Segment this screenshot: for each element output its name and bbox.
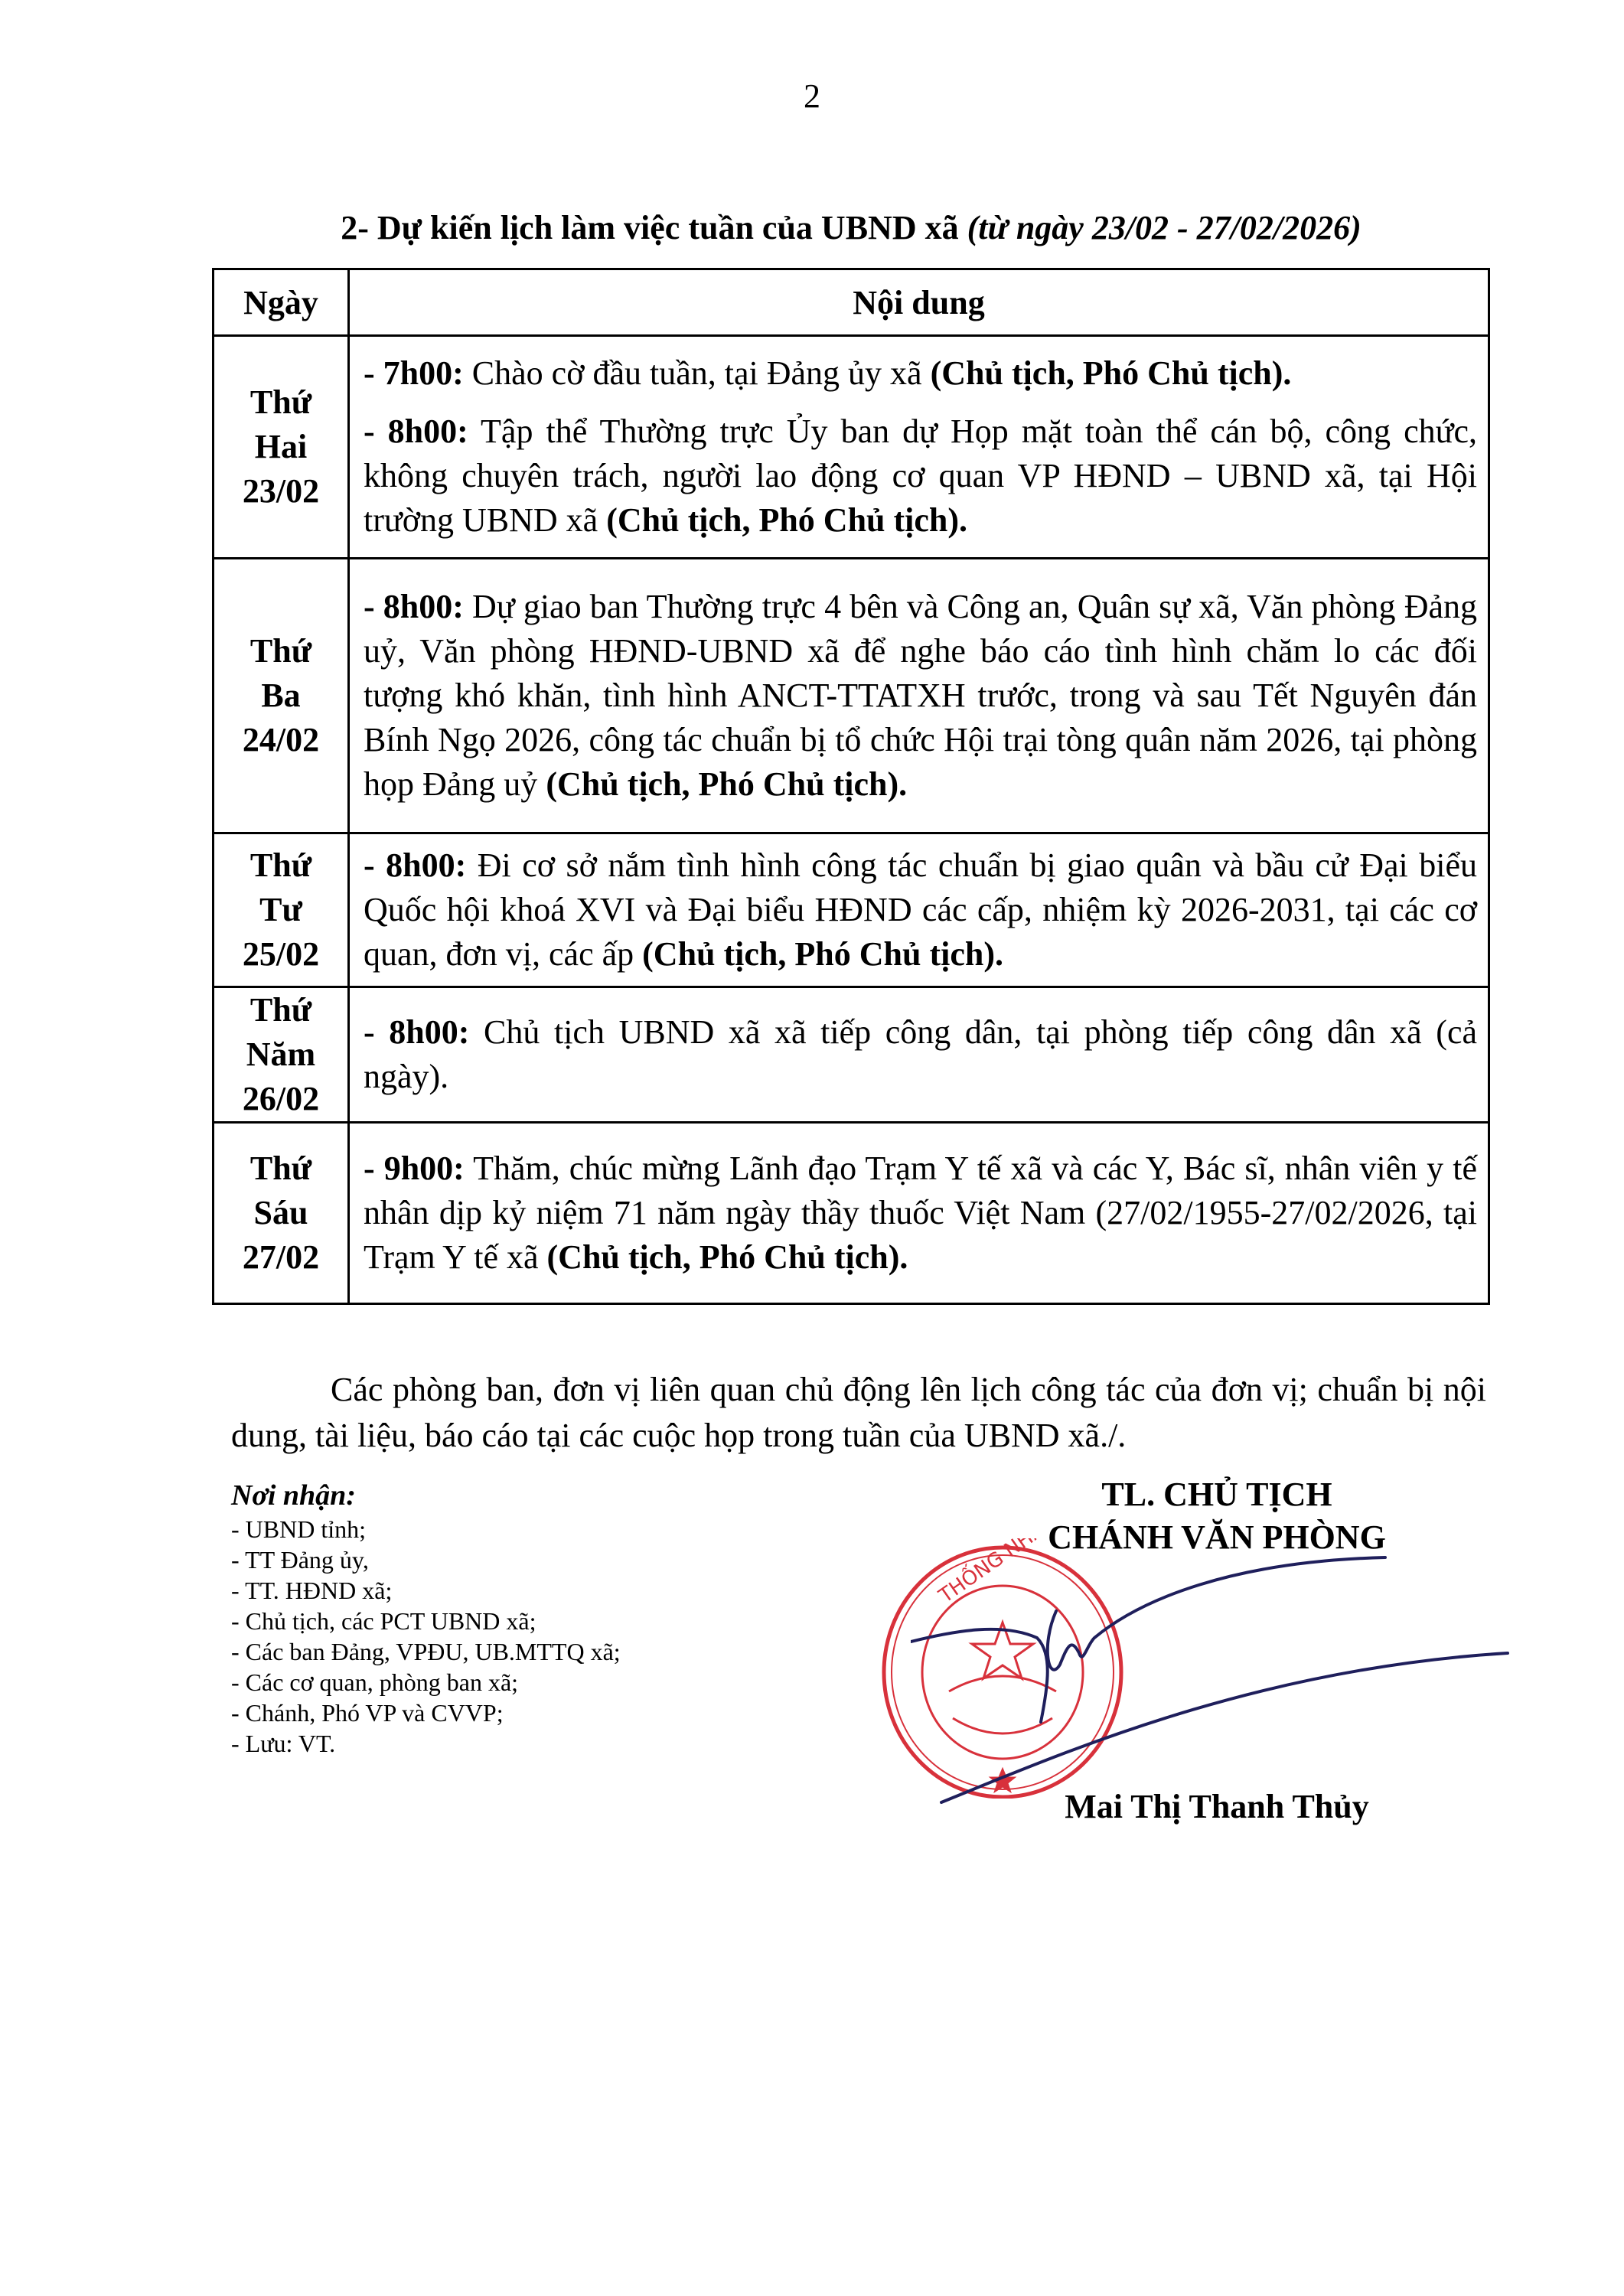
list-item: - UBND tỉnh; — [231, 1514, 813, 1544]
content-cell: - 9h00: Thăm, chúc mừng Lãnh đạo Trạm Y … — [349, 1123, 1489, 1304]
signature-title-2: CHÁNH VĂN PHÒNG — [880, 1516, 1554, 1559]
list-item: - TT Đảng ủy, — [231, 1544, 813, 1575]
header-date: Ngày — [214, 269, 349, 336]
day-cell: ThứNăm26/02 — [214, 987, 349, 1123]
schedule-entry: - 8h00: Tập thể Thường trực Ủy ban dự Họ… — [364, 409, 1477, 543]
closing-paragraph: Các phòng ban, đơn vị liên quan chủ động… — [231, 1367, 1486, 1459]
table-row: ThứBa24/02 - 8h00: Dự giao ban Thường tr… — [214, 559, 1489, 833]
table-row: ThứSáu27/02 - 9h00: Thăm, chúc mừng Lãnh… — [214, 1123, 1489, 1304]
content-cell: - 8h00: Chủ tịch UBND xã xã tiếp công dâ… — [349, 987, 1489, 1123]
day-cell: ThứSáu27/02 — [214, 1123, 349, 1304]
list-item: - Các cơ quan, phòng ban xã; — [231, 1667, 813, 1698]
schedule-table: Ngày Nội dung ThứHai23/02 - 7h00: Chào c… — [212, 268, 1490, 1305]
table-row: ThứTư25/02 - 8h00: Đi cơ sở nắm tình hìn… — [214, 833, 1489, 987]
content-cell: - 8h00: Đi cơ sở nắm tình hình công tác … — [349, 833, 1489, 987]
signature-block: TL. CHỦ TỊCH CHÁNH VĂN PHÒNG Mai Thị Tha… — [880, 1473, 1554, 1559]
table-header-row: Ngày Nội dung — [214, 269, 1489, 336]
header-content: Nội dung — [349, 269, 1489, 336]
schedule-entry: - 9h00: Thăm, chúc mừng Lãnh đạo Trạm Y … — [364, 1146, 1477, 1280]
table-row: ThứNăm26/02 - 8h00: Chủ tịch UBND xã xã … — [214, 987, 1489, 1123]
recipients-header: Nơi nhận: — [231, 1477, 813, 1514]
schedule-entry: - 8h00: Đi cơ sở nắm tình hình công tác … — [364, 843, 1477, 977]
page-number: 2 — [0, 77, 1624, 116]
content-cell: - 7h00: Chào cờ đầu tuần, tại Đảng ủy xã… — [349, 336, 1489, 559]
list-item: - Chánh, Phó VP và CVVP; — [231, 1698, 813, 1728]
list-item: - Lưu: VT. — [231, 1728, 813, 1759]
list-item: - Chủ tịch, các PCT UBND xã; — [231, 1606, 813, 1636]
list-item: - TT. HĐND xã; — [231, 1575, 813, 1606]
schedule-entry: - 8h00: Chủ tịch UBND xã xã tiếp công dâ… — [364, 1010, 1477, 1099]
section-title-range: (từ ngày 23/02 - 27/02/2026) — [967, 209, 1361, 246]
recipients-list: - UBND tỉnh; - TT Đảng ủy, - TT. HĐND xã… — [231, 1514, 813, 1759]
table-row: ThứHai23/02 - 7h00: Chào cờ đầu tuần, tạ… — [214, 336, 1489, 559]
section-title-main: 2- Dự kiến lịch làm việc tuần của UBND x… — [341, 209, 967, 246]
schedule-entry: - 7h00: Chào cờ đầu tuần, tại Đảng ủy xã… — [364, 351, 1477, 396]
day-cell: ThứTư25/02 — [214, 833, 349, 987]
content-cell: - 8h00: Dự giao ban Thường trực 4 bên và… — [349, 559, 1489, 833]
schedule-entry: - 8h00: Dự giao ban Thường trực 4 bên và… — [364, 585, 1477, 807]
signatory-name: Mai Thị Thanh Thủy — [880, 1787, 1554, 1826]
signature-icon — [911, 1531, 1538, 1806]
recipients-block: Nơi nhận: - UBND tỉnh; - TT Đảng ủy, - T… — [231, 1477, 813, 1759]
day-cell: ThứHai23/02 — [214, 336, 349, 559]
day-cell: ThứBa24/02 — [214, 559, 349, 833]
signature-title-1: TL. CHỦ TỊCH — [880, 1473, 1554, 1516]
list-item: - Các ban Đảng, VPĐU, UB.MTTQ xã; — [231, 1636, 813, 1667]
section-title: 2- Dự kiến lịch làm việc tuần của UBND x… — [212, 208, 1490, 247]
